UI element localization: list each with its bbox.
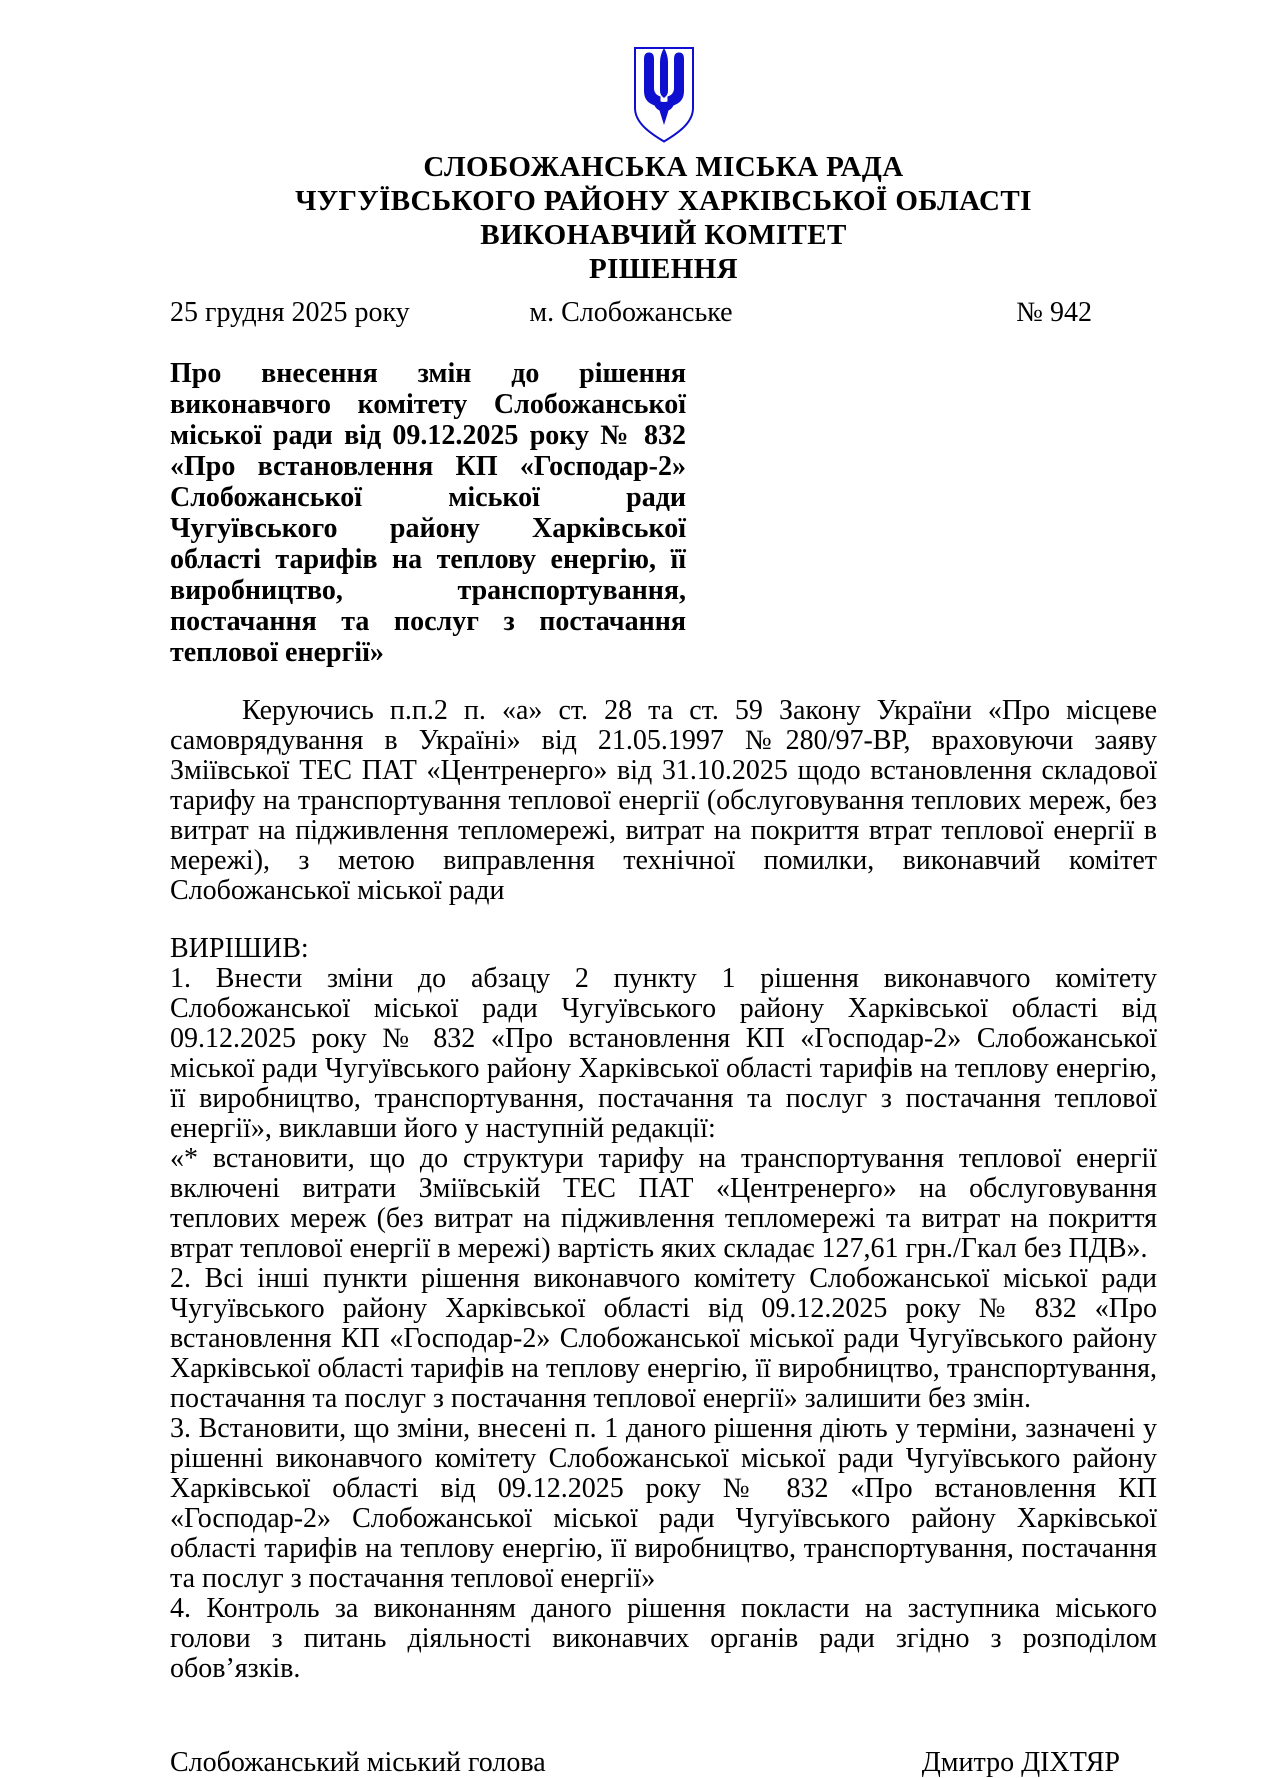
signature-row: Слобожанський міський голова Дмитро ДІХТ… (170, 1748, 1157, 1778)
org-committee-line: ВИКОНАВЧИЙ КОМІТЕТ (170, 218, 1157, 252)
resolution-item-1-amendment: «* встановити, що до структури тарифу на… (170, 1144, 1157, 1264)
resolution-item-3: 3. Встановити, що зміни, внесені п. 1 да… (170, 1414, 1157, 1594)
document-header: СЛОБОЖАНСЬКА МІСЬКА РАДА ЧУГУЇВСЬКОГО РА… (170, 150, 1157, 286)
document-date: 25 грудня 2025 року (170, 298, 477, 328)
document-number: № 942 (785, 298, 1157, 328)
ukraine-trident-shield-icon (633, 46, 695, 144)
meta-row: 25 грудня 2025 року м. Слобожанське № 94… (170, 298, 1157, 328)
document-place: м. Слобожанське (477, 298, 784, 328)
resolution-items: 1. Внести зміни до абзацу 2 пункту 1 ріш… (170, 964, 1157, 1684)
resolution-item-1: 1. Внести зміни до абзацу 2 пункту 1 ріш… (170, 964, 1157, 1144)
document-type-title: РІШЕННЯ (170, 252, 1157, 286)
signature-name: Дмитро ДІХТЯР (922, 1748, 1120, 1778)
subject-paragraph: Про внесення змін до рішення виконавчого… (170, 358, 686, 668)
org-region-line: ЧУГУЇВСЬКОГО РАЙОНУ ХАРКІВСЬКОЇ ОБЛАСТІ (170, 184, 1157, 218)
resolution-item-2: 2. Всі інші пункти рішення виконавчого к… (170, 1264, 1157, 1414)
org-name-line: СЛОБОЖАНСЬКА МІСЬКА РАДА (170, 150, 1157, 184)
document-page: СЛОБОЖАНСЬКА МІСЬКА РАДА ЧУГУЇВСЬКОГО РА… (0, 0, 1275, 1650)
signature-title: Слобожанський міський голова (170, 1748, 546, 1778)
coat-of-arms-emblem (633, 46, 695, 144)
resolved-label: ВИРІШИВ: (170, 934, 1157, 964)
preamble-paragraph: Керуючись п.п.2 п. «а» ст. 28 та ст. 59 … (170, 696, 1157, 906)
resolution-item-4: 4. Контроль за виконанням даного рішення… (170, 1594, 1157, 1684)
